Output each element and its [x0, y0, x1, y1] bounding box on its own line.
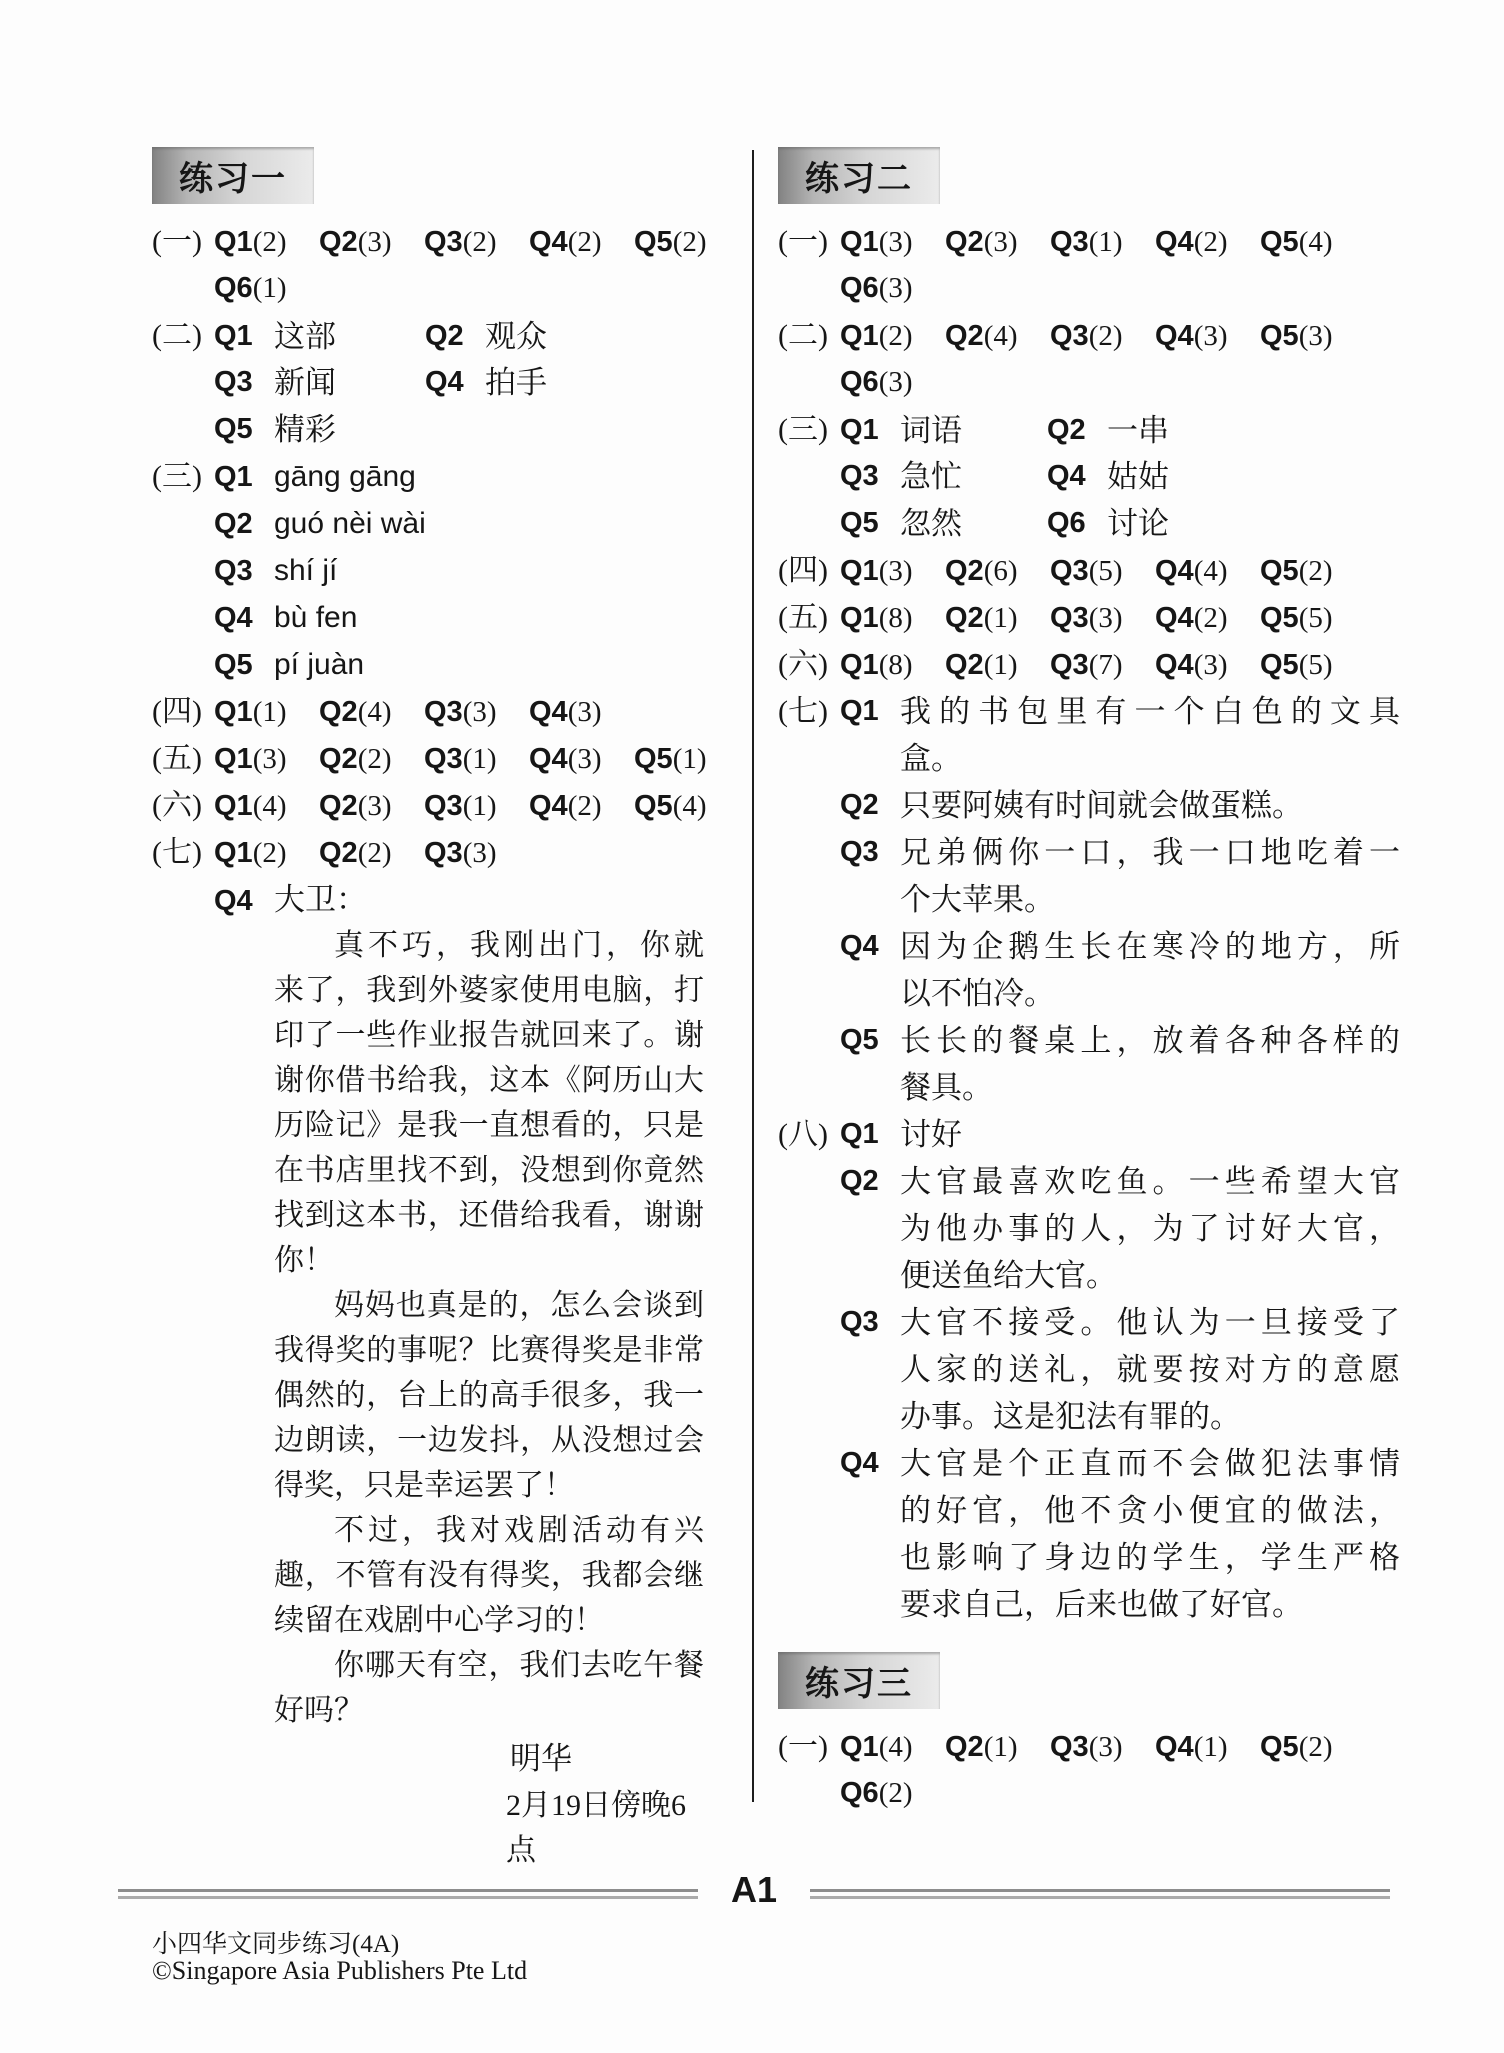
question-label: Q1 — [840, 1111, 900, 1158]
answer-number: (2) — [1194, 226, 1228, 258]
question-label: Q2 — [945, 602, 984, 634]
word-answer-row: Q3急忙Q4姑姑 — [778, 453, 1400, 500]
answer-cell: Q4(3) — [1155, 313, 1260, 364]
answer-text: 我的书包里有一个白色的文具盒。 — [900, 688, 1400, 782]
answer-word: 这部 — [274, 313, 336, 360]
question-label: Q4 — [529, 696, 568, 728]
answer-cell: Q1(2) — [840, 313, 945, 364]
question-label: Q1 — [840, 320, 879, 352]
answer-cell: Q2(3) — [945, 219, 1050, 270]
question-label: Q1 — [214, 226, 253, 258]
answer-cell: Q1(2) — [214, 830, 319, 881]
answer-cell: Q3(3) — [424, 689, 529, 740]
row-marker: (五) — [152, 735, 214, 782]
qa-row: Q4大官是个正直而不会做犯法事情的好官，他不贪小便宜的做法，也影响了身边的学生，… — [778, 1440, 1400, 1628]
word-answer-cell: Q6讨论 — [1047, 500, 1254, 547]
answer-line: 大官不接受。他认为一旦接受了 — [900, 1299, 1400, 1346]
question-label: Q4 — [1155, 1731, 1194, 1763]
pinyin-answer-row: Q4bù fen — [152, 594, 708, 641]
word-answer-cell: Q3新闻 — [214, 359, 425, 406]
word-answer-cell: Q4姑姑 — [1047, 453, 1254, 500]
question-label: Q5 — [1260, 320, 1299, 352]
question-label: Q2 — [319, 790, 358, 822]
question-label: Q4 — [529, 226, 568, 258]
question-label: Q4 — [425, 359, 485, 406]
answer-cell: Q2(2) — [319, 830, 424, 881]
question-label: Q2 — [945, 1731, 984, 1763]
answer-number: (1) — [253, 696, 287, 728]
answer-number: (4) — [1194, 555, 1228, 587]
answer-line: 餐具。 — [900, 1064, 1400, 1111]
answer-number: (1) — [1194, 1731, 1228, 1763]
question-label: Q1 — [840, 407, 900, 454]
answer-number: (2) — [358, 837, 392, 869]
answer-text: 只要阿姨有时间就会做蛋糕。 — [900, 782, 1400, 829]
word-answer-cell: Q4拍手 — [425, 359, 636, 406]
answer-pinyin: gāng gāng — [274, 453, 416, 500]
question-label: Q3 — [1050, 602, 1089, 634]
exercise-header: 练习三 — [778, 1652, 940, 1709]
answer-number: (5) — [1299, 649, 1333, 681]
answer-cell: Q2(1) — [945, 595, 1050, 646]
answer-number: (2) — [1299, 1731, 1333, 1763]
answer-row: (六)Q1(8)Q2(1)Q3(7)Q4(3)Q5(5) — [778, 641, 1400, 688]
answer-text: 因为企鹅生长在寒冷的地方，所以不怕冷。 — [900, 923, 1400, 1017]
letter-line: 找到这本书，还借给我看，谢谢 — [274, 1193, 704, 1238]
answer-number: (1) — [984, 1731, 1018, 1763]
answer-number: (3) — [879, 272, 913, 304]
question-label: Q3 — [1050, 649, 1089, 681]
question-label: Q5 — [1260, 602, 1299, 634]
letter-line: 你哪天有空，我们去吃午餐 — [274, 1643, 704, 1688]
answer-cell: Q3(1) — [424, 783, 529, 834]
answer-cell: Q3(7) — [1050, 642, 1155, 693]
answer-number: (2) — [568, 790, 602, 822]
qa-row: Q4因为企鹅生长在寒冷的地方，所以不怕冷。 — [778, 923, 1400, 1017]
answer-row: Q6(3) — [778, 359, 1400, 406]
answer-cell: Q2(2) — [319, 736, 424, 787]
question-label: Q4 — [1155, 649, 1194, 681]
answer-cell: Q6(3) — [840, 265, 945, 316]
question-label: Q3 — [424, 743, 463, 775]
answer-cell: Q1(3) — [840, 548, 945, 599]
qa-row: Q2只要阿姨有时间就会做蛋糕。 — [778, 782, 1400, 829]
answer-number: (7) — [1089, 649, 1123, 681]
answer-line: 办事。这是犯法有罪的。 — [900, 1393, 1400, 1440]
answer-number: (3) — [358, 226, 392, 258]
question-label: Q4 — [1047, 453, 1107, 500]
answer-cell: Q4(3) — [529, 689, 634, 740]
answer-line: 因为企鹅生长在寒冷的地方，所 — [900, 923, 1400, 970]
answer-number: (4) — [1299, 226, 1333, 258]
answer-cell: Q1(2) — [214, 219, 319, 270]
question-label: Q3 — [424, 696, 463, 728]
answer-row: (一)Q1(3)Q2(3)Q3(1)Q4(2)Q5(4) — [778, 218, 1400, 265]
answer-row: Q6(2) — [778, 1770, 1400, 1817]
answer-cell: Q5(4) — [1260, 219, 1365, 270]
question-label: Q3 — [1050, 555, 1089, 587]
answer-word: 词语 — [900, 407, 962, 454]
answer-row: (二)Q1(2)Q2(4)Q3(2)Q4(3)Q5(3) — [778, 312, 1400, 359]
row-marker: (一) — [778, 218, 840, 265]
answer-cell: Q5(4) — [634, 783, 739, 834]
page-number: A1 — [698, 1869, 810, 1911]
answer-row: (一)Q1(4)Q2(1)Q3(3)Q4(1)Q5(2) — [778, 1723, 1400, 1770]
question-label: Q5 — [214, 406, 274, 453]
pinyin-answer-row: Q5pí juàn — [152, 641, 708, 688]
answer-number: (2) — [463, 226, 497, 258]
answer-number: (4) — [673, 790, 707, 822]
letter-line: 续留在戏剧中心学习的！ — [274, 1598, 704, 1643]
book-title: 小四华文同步练习(4A) — [152, 1924, 399, 1960]
row-marker: (二) — [778, 312, 840, 359]
answer-word: 急忙 — [900, 453, 962, 500]
question-label: Q1 — [840, 555, 879, 587]
answer-cell: Q5(2) — [1260, 548, 1365, 599]
row-marker: (七) — [152, 829, 214, 876]
question-label: Q1 — [214, 454, 274, 501]
answer-cell: Q2(3) — [319, 219, 424, 270]
answer-number: (3) — [879, 555, 913, 587]
answer-pinyin: pí juàn — [274, 641, 364, 688]
word-answer-cell: Q1这部 — [214, 313, 425, 360]
answer-line: 长长的餐桌上，放着各种各样的 — [900, 1017, 1400, 1064]
word-answer-row: Q5忽然Q6讨论 — [778, 500, 1400, 547]
letter-date: 2月19日傍晚6点 — [506, 1783, 708, 1873]
answer-number: (2) — [1089, 320, 1123, 352]
answer-number: (5) — [1299, 602, 1333, 634]
row-marker: (一) — [778, 1723, 840, 1770]
answer-word: 新闻 — [274, 359, 336, 406]
question-label: Q2 — [319, 743, 358, 775]
word-answer-row: Q5精彩 — [152, 406, 708, 453]
question-label: Q1 — [840, 649, 879, 681]
answer-cell: Q4(3) — [1155, 642, 1260, 693]
column-divider — [752, 150, 754, 1802]
answer-number: (3) — [1194, 320, 1228, 352]
letter-line: 偶然的，台上的高手很多，我一 — [274, 1373, 704, 1418]
answer-row: (六)Q1(4)Q2(3)Q3(1)Q4(2)Q5(4) — [152, 782, 708, 829]
qa-row: Q2大官最喜欢吃鱼。一些希望大官为他办事的人，为了讨好大官，便送鱼给大官。 — [778, 1158, 1400, 1299]
answer-word: 讨论 — [1107, 500, 1169, 547]
row-marker: (三) — [152, 453, 214, 500]
answer-pinyin: guó nèi wài — [274, 500, 426, 547]
question-label: Q3 — [840, 1299, 900, 1346]
row-marker: (七) — [778, 688, 840, 735]
answer-number: (1) — [463, 790, 497, 822]
answer-text: 大官是个正直而不会做犯法事情的好官，他不贪小便宜的做法，也影响了身边的学生，学生… — [900, 1440, 1400, 1628]
answer-cell: Q1(8) — [840, 595, 945, 646]
question-label: Q3 — [424, 790, 463, 822]
question-label: Q5 — [634, 790, 673, 822]
question-label: Q3 — [1050, 1731, 1089, 1763]
question-label: Q4 — [214, 878, 274, 925]
answer-number: (4) — [358, 696, 392, 728]
letter-line: 趣，不管有没有得奖，我都会继 — [274, 1553, 704, 1598]
answer-row: Q6(1) — [152, 265, 708, 312]
answer-cell: Q4(2) — [529, 219, 634, 270]
letter-line: 印了一些作业报告就回来了。谢 — [274, 1013, 704, 1058]
answer-line: 大官最喜欢吃鱼。一些希望大官 — [900, 1158, 1400, 1205]
answer-row: (四)Q1(3)Q2(6)Q3(5)Q4(4)Q5(2) — [778, 547, 1400, 594]
answer-number: (2) — [568, 226, 602, 258]
answer-number: (2) — [1299, 555, 1333, 587]
letter-line: 你！ — [274, 1238, 704, 1283]
answer-number: (2) — [1194, 602, 1228, 634]
answer-cell: Q3(2) — [424, 219, 529, 270]
question-label: Q3 — [840, 829, 900, 876]
question-label: Q6 — [214, 272, 253, 304]
row-marker: (四) — [778, 547, 840, 594]
word-answer-cell: Q2一串 — [1047, 407, 1254, 454]
answer-number: (4) — [984, 320, 1018, 352]
answer-cell: Q2(1) — [945, 1724, 1050, 1775]
question-label: Q2 — [840, 1158, 900, 1205]
question-label: Q3 — [840, 453, 900, 500]
answer-cell: Q4(2) — [1155, 219, 1260, 270]
answer-number: (1) — [1089, 226, 1123, 258]
question-label: Q2 — [945, 320, 984, 352]
answer-cell: Q4(1) — [1155, 1724, 1260, 1775]
letter-salutation-row: Q4大卫： — [152, 876, 708, 923]
exercise-header: 练习一 — [152, 147, 314, 204]
answer-word: 姑姑 — [1107, 453, 1169, 500]
question-label: Q5 — [840, 1017, 900, 1064]
question-label: Q4 — [840, 1440, 900, 1487]
answer-cell: Q3(3) — [1050, 595, 1155, 646]
answer-cell: Q2(4) — [945, 313, 1050, 364]
answer-cell: Q1(8) — [840, 642, 945, 693]
question-label: Q3 — [424, 226, 463, 258]
answer-number: (3) — [1089, 602, 1123, 634]
question-label: Q4 — [840, 923, 900, 970]
answer-number: (6) — [984, 555, 1018, 587]
letter-line: 在书店里找不到，没想到你竟然 — [274, 1148, 704, 1193]
answer-number: (2) — [673, 226, 707, 258]
question-label: Q3 — [1050, 320, 1089, 352]
answer-cell: Q2(3) — [319, 783, 424, 834]
question-label: Q3 — [424, 837, 463, 869]
answer-line: 也影响了身边的学生，学生严格 — [900, 1534, 1400, 1581]
question-label: Q1 — [840, 688, 900, 735]
answer-cell: Q5(5) — [1260, 642, 1365, 693]
answer-line: 个大苹果。 — [900, 876, 1400, 923]
answer-row: (五)Q1(8)Q2(1)Q3(3)Q4(2)Q5(5) — [778, 594, 1400, 641]
footer-rule-right — [810, 1889, 1390, 1899]
answer-cell: Q1(4) — [214, 783, 319, 834]
question-label: Q4 — [1155, 602, 1194, 634]
answer-number: (1) — [984, 602, 1018, 634]
letter-line: 历险记》是我一直想看的，只是 — [274, 1103, 704, 1148]
answer-number: (3) — [463, 696, 497, 728]
answer-line: 讨好 — [900, 1111, 1400, 1158]
question-label: Q5 — [214, 642, 274, 689]
row-marker: (五) — [778, 594, 840, 641]
qa-row: Q5长长的餐桌上，放着各种各样的餐具。 — [778, 1017, 1400, 1111]
word-answer-cell: Q2观众 — [425, 313, 636, 360]
answer-cell: Q3(3) — [1050, 1724, 1155, 1775]
answer-line: 便送鱼给大官。 — [900, 1252, 1400, 1299]
answer-number: (3) — [568, 743, 602, 775]
question-label: Q1 — [214, 313, 274, 360]
question-label: Q3 — [214, 359, 274, 406]
question-label: Q2 — [319, 837, 358, 869]
answer-cell: Q4(4) — [1155, 548, 1260, 599]
letter-line: 边朗读，一边发抖，从没想过会 — [274, 1418, 704, 1463]
answer-cell: Q5(3) — [1260, 313, 1365, 364]
row-marker: (三) — [778, 406, 840, 453]
answer-line: 兄弟俩你一口，我一口地吃着一 — [900, 829, 1400, 876]
answer-text: 长长的餐桌上，放着各种各样的餐具。 — [900, 1017, 1400, 1111]
letter-line: 真不巧，我刚出门，你就 — [274, 923, 704, 968]
letter-signature: 明华 — [510, 1735, 708, 1783]
question-label: Q4 — [1155, 226, 1194, 258]
question-label: Q6 — [840, 1777, 879, 1809]
question-label: Q4 — [214, 595, 274, 642]
answer-cell: Q6(3) — [840, 359, 945, 410]
question-label: Q2 — [319, 696, 358, 728]
answer-cell: Q4(3) — [529, 736, 634, 787]
answer-cell: Q2(4) — [319, 689, 424, 740]
answer-cell: Q4(2) — [1155, 595, 1260, 646]
answer-number: (1) — [253, 272, 287, 304]
question-label: Q6 — [1047, 500, 1107, 547]
question-label: Q5 — [634, 226, 673, 258]
question-label: Q4 — [1155, 555, 1194, 587]
row-marker: (六) — [778, 641, 840, 688]
question-label: Q2 — [945, 226, 984, 258]
row-marker: (六) — [152, 782, 214, 829]
answer-number: (3) — [1194, 649, 1228, 681]
question-label: Q5 — [1260, 649, 1299, 681]
answer-number: (3) — [358, 790, 392, 822]
letter-salutation: 大卫： — [274, 876, 367, 923]
answer-number: (3) — [463, 837, 497, 869]
answer-word: 精彩 — [274, 406, 336, 453]
answer-number: (2) — [253, 226, 287, 258]
answer-number: (3) — [253, 743, 287, 775]
answer-line: 的好官，他不贪小便宜的做法， — [900, 1487, 1400, 1534]
question-label: Q1 — [214, 743, 253, 775]
answer-number: (3) — [1089, 1731, 1123, 1763]
answer-row: (四)Q1(1)Q2(4)Q3(3)Q4(3) — [152, 688, 708, 735]
answer-cell: Q1(3) — [214, 736, 319, 787]
answer-number: (3) — [879, 366, 913, 398]
letter-line: 妈妈也真是的，怎么会谈到 — [274, 1283, 704, 1328]
answer-cell: Q1(3) — [840, 219, 945, 270]
copyright-notice: ©Singapore Asia Publishers Pte Ltd — [152, 1956, 527, 1986]
question-label: Q3 — [214, 548, 274, 595]
answer-cell: Q3(3) — [424, 830, 529, 881]
row-marker: (四) — [152, 688, 214, 735]
answer-cell: Q1(4) — [840, 1724, 945, 1775]
question-label: Q6 — [840, 272, 879, 304]
answer-cell: Q2(1) — [945, 642, 1050, 693]
question-label: Q1 — [840, 602, 879, 634]
pinyin-answer-row: Q3shí jí — [152, 547, 708, 594]
answer-word: 忽然 — [900, 500, 962, 547]
answer-line: 我的书包里有一个白色的文具 — [900, 688, 1400, 735]
question-label: Q1 — [214, 696, 253, 728]
word-answer-cell: Q5忽然 — [840, 500, 1047, 547]
question-label: Q2 — [319, 226, 358, 258]
question-label: Q1 — [214, 790, 253, 822]
answer-number: (1) — [673, 743, 707, 775]
answer-cell: Q3(2) — [1050, 313, 1155, 364]
answer-line: 以不怕冷。 — [900, 970, 1400, 1017]
answer-cell: Q6(2) — [840, 1770, 945, 1821]
answer-number: (1) — [984, 649, 1018, 681]
answer-line: 为他办事的人，为了讨好大官， — [900, 1205, 1400, 1252]
answer-number: (8) — [879, 649, 913, 681]
answer-line: 大官是个正直而不会做犯法事情 — [900, 1440, 1400, 1487]
answer-cell: Q3(1) — [424, 736, 529, 787]
qa-row: Q3兄弟俩你一口，我一口地吃着一个大苹果。 — [778, 829, 1400, 923]
answer-cell: Q3(1) — [1050, 219, 1155, 270]
qa-row: (八)Q1讨好 — [778, 1111, 1400, 1158]
answer-row: Q6(3) — [778, 265, 1400, 312]
question-label: Q2 — [945, 555, 984, 587]
pinyin-answer-row: (三)Q1gāng gāng — [152, 453, 708, 500]
answer-cell: Q5(1) — [634, 736, 739, 787]
word-answer-cell: Q1词语 — [840, 407, 1047, 454]
footer-rule-left — [118, 1889, 698, 1899]
letter-line: 我得奖的事呢？比赛得奖是非常 — [274, 1328, 704, 1373]
question-label: Q5 — [840, 500, 900, 547]
question-label: Q4 — [1155, 320, 1194, 352]
answer-cell: Q4(2) — [529, 783, 634, 834]
answer-line: 要求自己，后来也做了好官。 — [900, 1581, 1400, 1628]
answer-number: (3) — [879, 226, 913, 258]
answer-cell: Q5(5) — [1260, 595, 1365, 646]
question-label: Q1 — [214, 837, 253, 869]
qa-row: (七)Q1我的书包里有一个白色的文具盒。 — [778, 688, 1400, 782]
question-label: Q1 — [840, 1731, 879, 1763]
answer-cell: Q1(1) — [214, 689, 319, 740]
word-answer-cell: Q3急忙 — [840, 453, 1047, 500]
answer-cell: Q2(6) — [945, 548, 1050, 599]
word-answer-row: (二)Q1这部Q2观众 — [152, 312, 708, 359]
answer-word: 一串 — [1107, 407, 1169, 454]
question-label: Q2 — [945, 649, 984, 681]
qa-row: Q3大官不接受。他认为一旦接受了人家的送礼，就要按对方的意愿办事。这是犯法有罪的… — [778, 1299, 1400, 1440]
answer-word: 观众 — [485, 313, 547, 360]
answer-cell: Q5(2) — [1260, 1724, 1365, 1775]
answer-number: (8) — [879, 602, 913, 634]
question-label: Q1 — [840, 226, 879, 258]
answer-number: (1) — [463, 743, 497, 775]
answer-number: (4) — [879, 1731, 913, 1763]
answer-text: 兄弟俩你一口，我一口地吃着一个大苹果。 — [900, 829, 1400, 923]
letter-line: 谢你借书给我，这本《阿历山大 — [274, 1058, 704, 1103]
word-answer-row: (三)Q1词语Q2一串 — [778, 406, 1400, 453]
answer-text: 大官最喜欢吃鱼。一些希望大官为他办事的人，为了讨好大官，便送鱼给大官。 — [900, 1158, 1400, 1299]
question-label: Q3 — [1050, 226, 1089, 258]
answer-word: 拍手 — [485, 359, 547, 406]
answer-number: (2) — [358, 743, 392, 775]
answer-cell: Q6(1) — [214, 265, 319, 316]
answer-pinyin: bù fen — [274, 594, 357, 641]
question-label: Q2 — [214, 501, 274, 548]
row-marker: (八) — [778, 1111, 840, 1158]
answer-text: 讨好 — [900, 1111, 1400, 1158]
pinyin-answer-row: Q2guó nèi wài — [152, 500, 708, 547]
question-label: Q5 — [1260, 1731, 1299, 1763]
answer-number: (4) — [253, 790, 287, 822]
answer-number: (3) — [984, 226, 1018, 258]
question-label: Q6 — [840, 366, 879, 398]
question-label: Q2 — [840, 782, 900, 829]
